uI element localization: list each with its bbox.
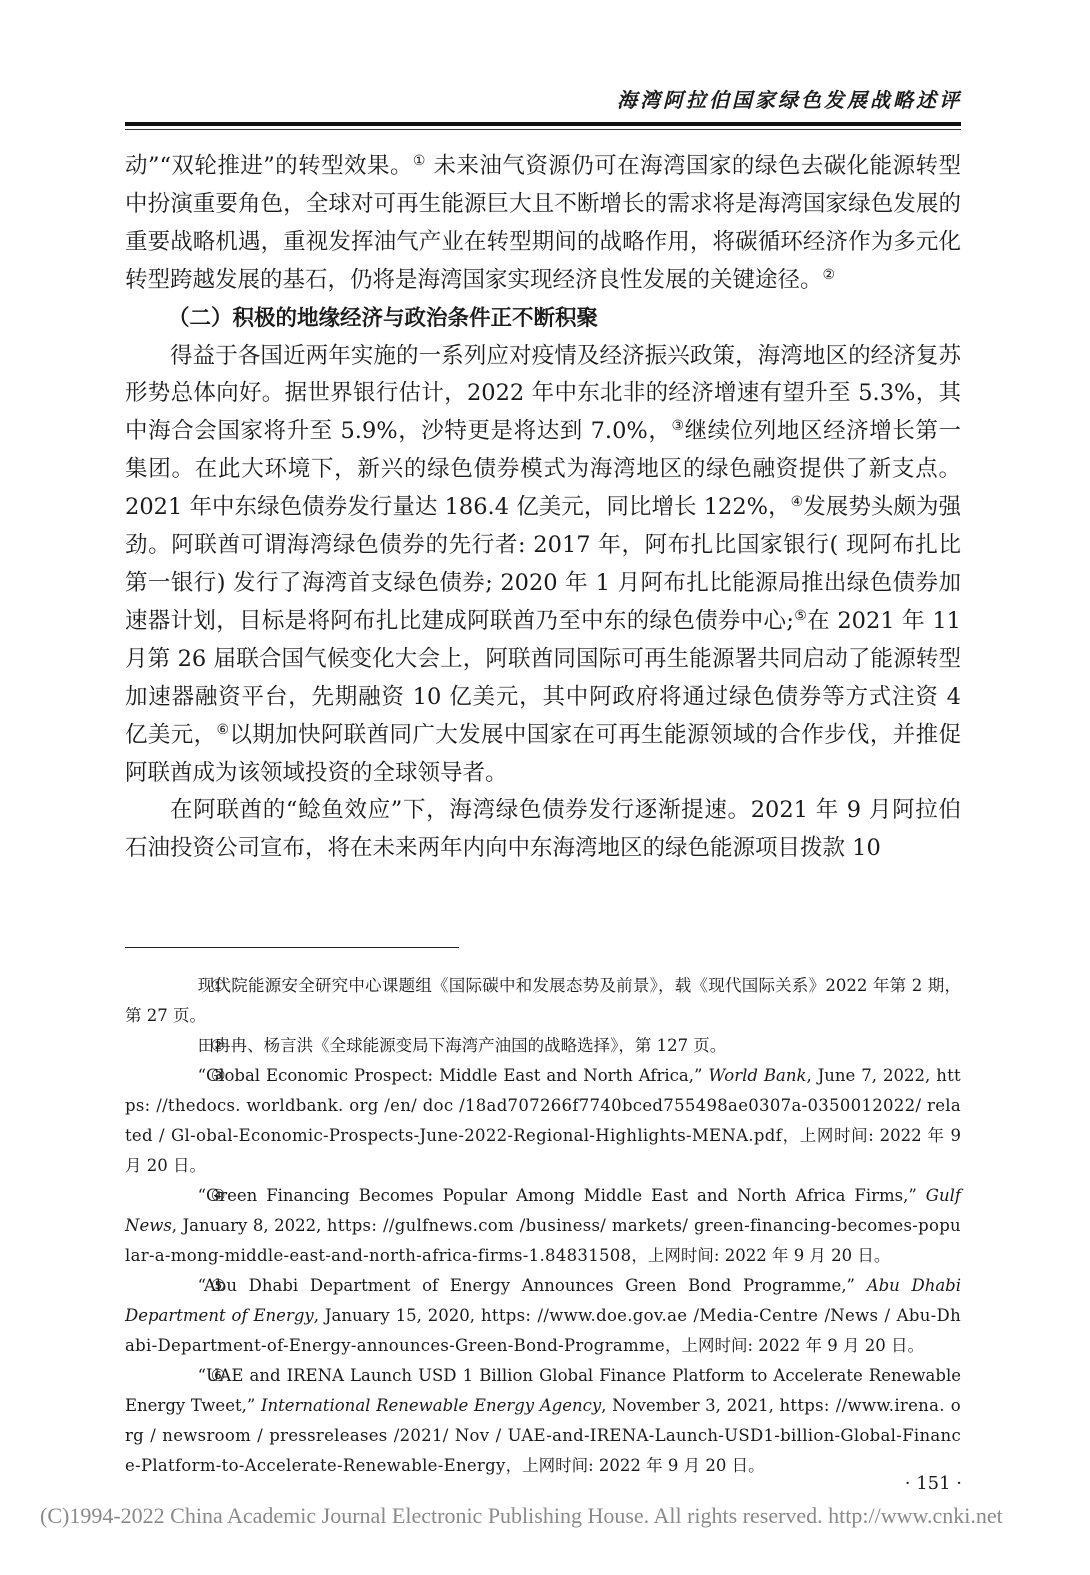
running-title: 海湾阿拉伯国家绿色发展战略述评: [125, 84, 962, 124]
footnote-marker: ④: [168, 1181, 198, 1211]
header-rule-thin: [125, 129, 961, 130]
footnote-4: ④“Green Financing Becomes Popular Among …: [125, 1181, 961, 1271]
footnote-ref-5[interactable]: ⑤: [794, 608, 807, 624]
footnote-marker: ①: [168, 971, 198, 1001]
section-heading: （二）积极的地缘经济与政治条件正不断积聚: [125, 300, 961, 338]
footnote-marker: ②: [168, 1031, 198, 1061]
footnote-ref-1[interactable]: ①: [413, 153, 426, 169]
footnote-6: ⑥“UAE and IRENA Launch USD 1 Billion Glo…: [125, 1361, 961, 1481]
paragraph-1: 动”“双轮推进”的转型效果。① 未来油气资源仍可在海湾国家的绿色去碳化能源转型中…: [125, 148, 961, 300]
footnote-2: ②田冉冉、杨言洪《全球能源变局下海湾产油国的战略选择》，第 127 页。: [125, 1031, 961, 1061]
footnote-ref-4[interactable]: ④: [791, 494, 804, 510]
body-text: 动”“双轮推进”的转型效果。① 未来油气资源仍可在海湾国家的绿色去碳化能源转型中…: [125, 148, 961, 868]
paragraph-3: 在阿联酋的“鲶鱼效应”下，海湾绿色债券发行逐渐提速。2021 年 9 月阿拉伯石…: [125, 792, 961, 868]
page-number: · 151 ·: [905, 1473, 962, 1494]
footnote-marker: ⑤: [168, 1271, 198, 1301]
footnotes: ①现代院能源安全研究中心课题组《国际碳中和发展态势及前景》，载《现代国际关系》2…: [125, 971, 961, 1481]
footnote-3: ③“Global Economic Prospect: Middle East …: [125, 1061, 961, 1181]
header-rule-thick: [125, 122, 961, 126]
footnote-marker: ⑥: [168, 1361, 198, 1391]
footnote-ref-3[interactable]: ③: [671, 418, 684, 434]
footnote-5: ⑤“Abu Dhabi Department of Energy Announc…: [125, 1271, 961, 1361]
footnote-ref-2[interactable]: ②: [823, 267, 836, 283]
source-name: International Renewable Energy Agency: [261, 1396, 601, 1415]
footnote-1: ①现代院能源安全研究中心课题组《国际碳中和发展态势及前景》，载《现代国际关系》2…: [125, 971, 961, 1031]
footnote-divider: [125, 947, 459, 948]
footnote-marker: ③: [168, 1061, 198, 1091]
footnote-ref-6[interactable]: ⑥: [217, 722, 230, 738]
paragraph-2: 得益于各国近两年实施的一系列应对疫情及经济振兴政策，海湾地区的经济复苏形势总体向…: [125, 338, 961, 793]
copyright-notice: (C)1994-2022 China Academic Journal Elec…: [40, 1503, 1003, 1529]
source-name: World Bank: [708, 1066, 806, 1085]
